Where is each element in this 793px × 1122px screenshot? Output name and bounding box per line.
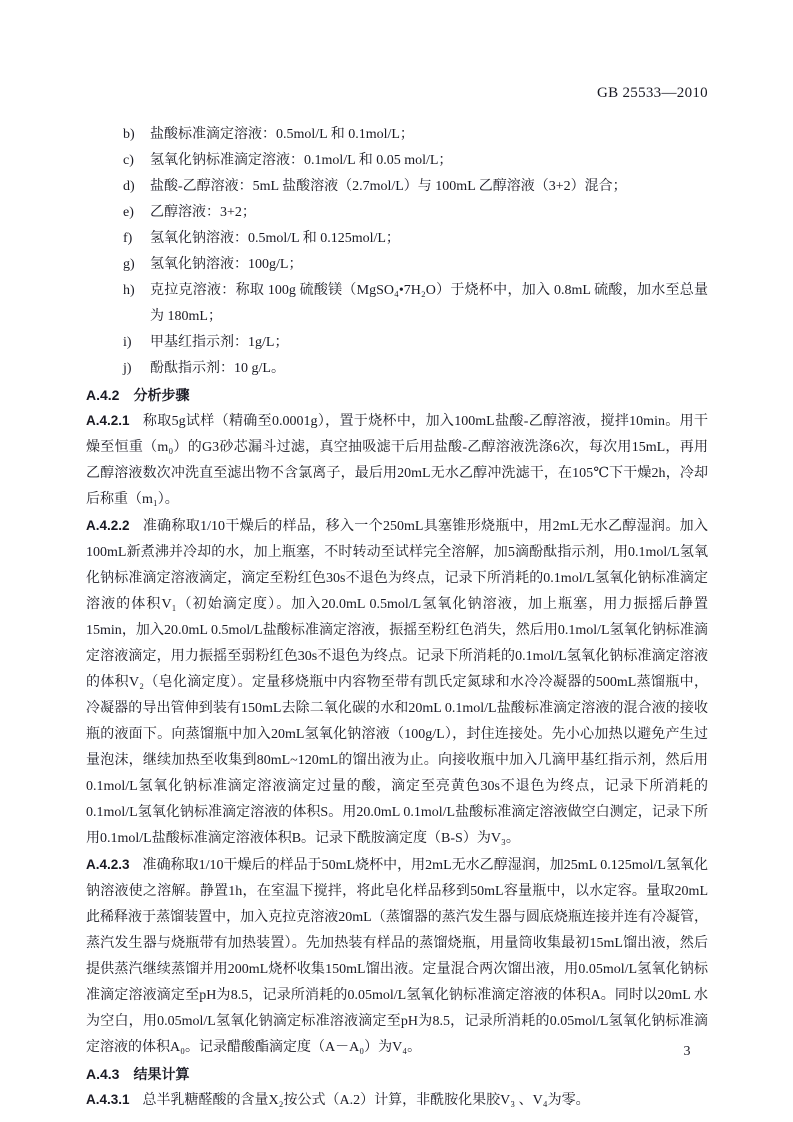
- page-number: 3: [672, 1042, 702, 1062]
- list-item-label: h): [123, 278, 150, 330]
- list-item-text: 盐酸标准滴定溶液：0.5mol/L 和 0.1mol/L；: [150, 122, 708, 148]
- list-item-text: 氢氧化钠溶液：100g/L；: [150, 252, 708, 278]
- section-heading-analysis-steps: A.4.2分析步骤: [86, 382, 708, 408]
- reagent-list: b) 盐酸标准滴定溶液：0.5mol/L 和 0.1mol/L； c) 氢氧化钠…: [86, 122, 708, 382]
- list-item: e) 乙醇溶液：3+2；: [86, 200, 708, 226]
- list-item-label: i): [123, 330, 150, 356]
- list-item-label: e): [123, 200, 150, 226]
- section-number: A.4.2: [86, 387, 119, 403]
- page-content: GB 25533—2010 b) 盐酸标准滴定溶液：0.5mol/L 和 0.1…: [86, 84, 708, 1114]
- list-item: g) 氢氧化钠溶液：100g/L；: [86, 252, 708, 278]
- clause-number: A.4.2.1: [86, 413, 130, 428]
- list-item: i) 甲基红指示剂：1g/L；: [86, 330, 708, 356]
- list-item-label: j): [123, 356, 150, 382]
- clause-text: 准确称取1/10干燥后的样品于50mL烧杯中，用2mL无水乙醇湿润，加25mL …: [86, 858, 708, 1055]
- list-item-label: b): [123, 122, 150, 148]
- clause-paragraph: A.4.3.1总半乳糖醛酸的含量X₂按公式（A.2）计算，非酰胺化果胶V₃ 、V…: [86, 1087, 708, 1114]
- section-number: A.4.3: [86, 1066, 119, 1082]
- list-item-label: d): [123, 174, 150, 200]
- list-item: h) 克拉克溶液：称取 100g 硫酸镁（MgSO₄•7H₂O）于烧杯中，加入 …: [86, 278, 708, 330]
- list-item-text: 克拉克溶液：称取 100g 硫酸镁（MgSO₄•7H₂O）于烧杯中，加入 0.8…: [150, 278, 708, 330]
- standard-code: GB 25533—2010: [86, 84, 708, 102]
- clause-number: A.4.2.3: [86, 857, 130, 872]
- clause-text: 总半乳糖醛酸的含量X₂按公式（A.2）计算，非酰胺化果胶V₃ 、V₄为零。: [143, 1093, 590, 1108]
- list-item-text: 盐酸-乙醇溶液：5mL 盐酸溶液（2.7mol/L）与 100mL 乙醇溶液（3…: [150, 174, 708, 200]
- list-item-label: g): [123, 252, 150, 278]
- document-page: GB 25533—2010 b) 盐酸标准滴定溶液：0.5mol/L 和 0.1…: [0, 0, 793, 1122]
- clause-text: 称取5g试样（精确至0.0001g），置于烧杯中，加入100mL盐酸-乙醇溶液，…: [86, 414, 708, 507]
- list-item-text: 氢氧化钠溶液：0.5mol/L 和 0.125mol/L；: [150, 226, 708, 252]
- list-item: b) 盐酸标准滴定溶液：0.5mol/L 和 0.1mol/L；: [86, 122, 708, 148]
- list-item-text: 甲基红指示剂：1g/L；: [150, 330, 708, 356]
- clause-text: 准确称取1/10干燥后的样品，移入一个250mL具塞锥形烧瓶中，用2mL无水乙醇…: [86, 519, 708, 846]
- list-item-label: f): [123, 226, 150, 252]
- clause-number: A.4.2.2: [86, 518, 130, 533]
- clause-number: A.4.3.1: [86, 1092, 130, 1107]
- section-title: 分析步骤: [133, 387, 189, 403]
- section-heading-result-calculation: A.4.3结果计算: [86, 1061, 708, 1087]
- list-item: c) 氢氧化钠标准滴定溶液：0.1mol/L 和 0.05 mol/L；: [86, 148, 708, 174]
- list-item-text: 酚酞指示剂：10 g/L。: [150, 356, 708, 382]
- list-item: j) 酚酞指示剂：10 g/L。: [86, 356, 708, 382]
- list-item-text: 氢氧化钠标准滴定溶液：0.1mol/L 和 0.05 mol/L；: [150, 148, 708, 174]
- list-item-label: c): [123, 148, 150, 174]
- list-item: f) 氢氧化钠溶液：0.5mol/L 和 0.125mol/L；: [86, 226, 708, 252]
- clause-paragraph: A.4.2.2准确称取1/10干燥后的样品，移入一个250mL具塞锥形烧瓶中，用…: [86, 513, 708, 852]
- clause-paragraph: A.4.2.1称取5g试样（精确至0.0001g），置于烧杯中，加入100mL盐…: [86, 408, 708, 513]
- clause-paragraph: A.4.2.3准确称取1/10干燥后的样品于50mL烧杯中，用2mL无水乙醇湿润…: [86, 852, 708, 1061]
- list-item: d) 盐酸-乙醇溶液：5mL 盐酸溶液（2.7mol/L）与 100mL 乙醇溶…: [86, 174, 708, 200]
- section-title: 结果计算: [133, 1066, 189, 1082]
- list-item-text: 乙醇溶液：3+2；: [150, 200, 708, 226]
